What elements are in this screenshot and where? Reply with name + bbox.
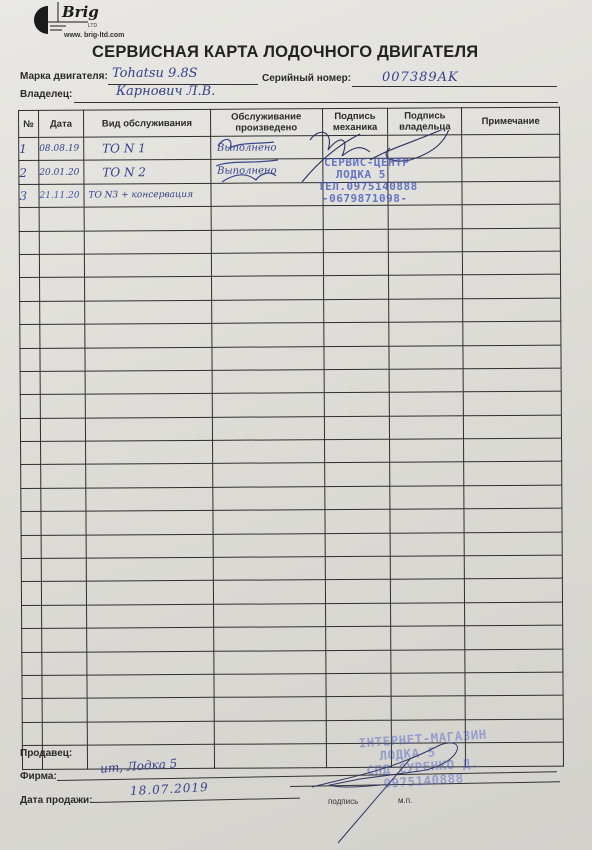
empty-cell bbox=[462, 228, 560, 252]
empty-cell bbox=[390, 462, 464, 486]
table-row bbox=[21, 508, 562, 535]
sale-date-value: 18.07.2019 bbox=[130, 780, 209, 798]
empty-cell bbox=[84, 253, 211, 277]
empty-cell bbox=[390, 486, 464, 510]
empty-cell bbox=[213, 533, 325, 557]
empty-cell bbox=[21, 582, 41, 606]
empty-cell bbox=[211, 253, 323, 277]
empty-cell bbox=[324, 393, 390, 417]
table-row bbox=[19, 204, 560, 231]
empty-cell bbox=[462, 204, 560, 228]
empty-cell bbox=[464, 415, 562, 439]
empty-cell bbox=[40, 301, 85, 325]
empty-cell bbox=[389, 228, 463, 252]
empty-cell bbox=[389, 369, 463, 393]
empty-cell bbox=[325, 580, 391, 604]
empty-cell bbox=[20, 324, 40, 348]
empty-cell bbox=[211, 299, 323, 323]
empty-cell bbox=[465, 602, 563, 626]
empty-cell bbox=[21, 558, 41, 582]
table-row bbox=[21, 555, 562, 582]
empty-cell bbox=[389, 252, 463, 276]
empty-cell bbox=[86, 581, 213, 605]
seller-signature bbox=[300, 735, 480, 845]
table-row bbox=[21, 462, 562, 489]
empty-cell bbox=[463, 321, 561, 345]
empty-cell bbox=[211, 276, 323, 300]
table-row bbox=[20, 415, 561, 442]
empty-cell bbox=[325, 533, 391, 557]
empty-cell bbox=[42, 698, 87, 722]
empty-cell bbox=[212, 463, 324, 487]
empty-cell bbox=[390, 415, 464, 439]
table-row bbox=[19, 251, 560, 278]
empty-cell bbox=[389, 275, 463, 299]
row-number: 3 bbox=[19, 184, 39, 208]
empty-cell bbox=[22, 605, 42, 629]
empty-cell bbox=[323, 205, 389, 229]
empty-cell bbox=[20, 348, 40, 372]
row-date: 20.01.20 bbox=[39, 160, 84, 184]
empty-cell bbox=[87, 628, 214, 652]
empty-cell bbox=[391, 626, 465, 650]
table-row bbox=[21, 485, 562, 512]
empty-cell bbox=[325, 556, 391, 580]
empty-cell bbox=[42, 722, 87, 746]
empty-cell bbox=[42, 628, 87, 652]
empty-cell bbox=[84, 206, 211, 230]
empty-cell bbox=[323, 299, 389, 323]
empty-cell bbox=[20, 395, 40, 419]
empty-cell bbox=[41, 488, 86, 512]
empty-cell bbox=[211, 229, 323, 253]
empty-cell bbox=[389, 322, 463, 346]
empty-cell bbox=[21, 488, 41, 512]
empty-cell bbox=[86, 464, 213, 488]
empty-cell bbox=[464, 555, 562, 579]
empty-cell bbox=[85, 370, 212, 394]
empty-cell bbox=[324, 369, 390, 393]
empty-cell bbox=[20, 371, 40, 395]
empty-cell bbox=[86, 557, 213, 581]
empty-cell bbox=[85, 417, 212, 441]
empty-cell bbox=[19, 231, 39, 255]
empty-cell bbox=[325, 603, 391, 627]
empty-cell bbox=[39, 231, 84, 255]
empty-cell bbox=[463, 298, 561, 322]
col-header-service-type: Вид обслуживания bbox=[83, 109, 210, 137]
empty-cell bbox=[41, 511, 86, 535]
empty-cell bbox=[214, 674, 326, 698]
empty-cell bbox=[40, 371, 85, 395]
row-number: 1 bbox=[19, 137, 39, 161]
empty-cell bbox=[212, 323, 324, 347]
row-note bbox=[462, 134, 560, 158]
serial-label: Серийный номер: bbox=[262, 73, 351, 84]
row-note bbox=[462, 181, 560, 205]
page-title: СЕРВИСНАЯ КАРТА ЛОДОЧНОГО ДВИГАТЕЛЯ bbox=[92, 43, 478, 62]
empty-cell bbox=[22, 675, 42, 699]
empty-cell bbox=[323, 346, 389, 370]
empty-cell bbox=[326, 697, 392, 721]
empty-cell bbox=[465, 579, 563, 603]
empty-cell bbox=[212, 416, 324, 440]
empty-cell bbox=[391, 556, 465, 580]
empty-cell bbox=[390, 439, 464, 463]
empty-cell bbox=[324, 439, 390, 463]
empty-cell bbox=[85, 394, 212, 418]
empty-cell bbox=[388, 205, 462, 229]
empty-cell bbox=[41, 582, 86, 606]
firm-label: Фирма: bbox=[20, 771, 57, 782]
empty-cell bbox=[214, 650, 326, 674]
empty-cell bbox=[391, 649, 465, 673]
empty-cell bbox=[465, 625, 563, 649]
empty-cell bbox=[211, 206, 323, 230]
empty-cell bbox=[87, 651, 214, 675]
row-note bbox=[462, 158, 560, 182]
table-row bbox=[22, 625, 563, 652]
empty-cell bbox=[87, 674, 214, 698]
table-row bbox=[22, 696, 563, 723]
col-header-number: № bbox=[19, 110, 39, 137]
empty-cell bbox=[212, 346, 324, 370]
empty-cell bbox=[84, 230, 211, 254]
empty-cell bbox=[86, 511, 213, 535]
table-row bbox=[20, 391, 561, 418]
col-header-date: Дата bbox=[38, 110, 83, 137]
empty-cell bbox=[391, 673, 465, 697]
empty-cell bbox=[465, 696, 563, 720]
empty-cell bbox=[40, 441, 85, 465]
row-service-type: ТО N 1 bbox=[84, 136, 211, 160]
seller-label: Продавец: bbox=[20, 748, 72, 759]
owner-label: Владелец: bbox=[20, 89, 72, 100]
serial-line bbox=[352, 86, 557, 87]
empty-cell bbox=[463, 251, 561, 275]
empty-cell bbox=[323, 322, 389, 346]
table-row bbox=[21, 438, 562, 465]
empty-cell bbox=[325, 673, 391, 697]
empty-cell bbox=[22, 629, 42, 653]
empty-cell bbox=[213, 486, 325, 510]
empty-cell bbox=[464, 462, 562, 486]
empty-cell bbox=[463, 391, 561, 415]
row-date: 08.08.19 bbox=[39, 137, 84, 161]
table-row bbox=[22, 649, 563, 676]
row-date: 21.11.20 bbox=[39, 184, 84, 208]
logo-url: www. brig-ltd.com bbox=[64, 32, 124, 39]
empty-cell bbox=[20, 301, 40, 325]
empty-cell bbox=[87, 698, 214, 722]
empty-cell bbox=[323, 276, 389, 300]
empty-cell bbox=[464, 438, 562, 462]
empty-cell bbox=[390, 392, 464, 416]
empty-cell bbox=[390, 532, 464, 556]
empty-cell bbox=[22, 652, 42, 676]
table-row bbox=[21, 532, 562, 559]
empty-cell bbox=[213, 627, 325, 651]
row-service-type: ТО N 2 bbox=[84, 160, 211, 184]
empty-cell bbox=[464, 508, 562, 532]
empty-cell bbox=[86, 534, 213, 558]
empty-cell bbox=[391, 579, 465, 603]
empty-cell bbox=[22, 722, 42, 746]
svg-text:LTD: LTD bbox=[88, 23, 97, 29]
serial-value: 007389AK bbox=[382, 70, 459, 85]
empty-cell bbox=[86, 487, 213, 511]
service-table: № Дата Вид обслуживания Обслуживание про… bbox=[18, 107, 564, 770]
col-header-note: Примечание bbox=[462, 107, 560, 135]
empty-cell bbox=[323, 229, 389, 253]
empty-cell bbox=[213, 557, 325, 581]
empty-cell bbox=[21, 512, 41, 536]
row-service-type: ТО N3 + консервация bbox=[84, 183, 211, 207]
empty-cell bbox=[465, 649, 563, 673]
empty-cell bbox=[324, 509, 390, 533]
empty-cell bbox=[40, 418, 85, 442]
empty-cell bbox=[85, 300, 212, 324]
empty-cell bbox=[85, 347, 212, 371]
empty-cell bbox=[214, 697, 326, 721]
service-stamp: СЕРВИС-ЦЕНТР ЛОДКА 5 ТЕЛ.0975140888 -067… bbox=[318, 157, 418, 205]
empty-cell bbox=[464, 485, 562, 509]
empty-cell bbox=[213, 580, 325, 604]
empty-cell bbox=[22, 699, 42, 723]
svg-text:Brig: Brig bbox=[61, 3, 99, 21]
empty-cell bbox=[86, 604, 213, 628]
table-row bbox=[20, 298, 561, 325]
sale-date-line bbox=[90, 798, 300, 803]
empty-cell bbox=[40, 394, 85, 418]
service-stamp-line4: -0679871098- bbox=[318, 193, 418, 205]
empty-cell bbox=[212, 440, 324, 464]
empty-cell bbox=[39, 277, 84, 301]
row-number: 2 bbox=[19, 161, 39, 185]
empty-cell bbox=[323, 252, 389, 276]
empty-cell bbox=[21, 441, 41, 465]
empty-cell bbox=[464, 532, 562, 556]
empty-cell bbox=[463, 368, 561, 392]
empty-cell bbox=[324, 463, 390, 487]
empty-cell bbox=[41, 605, 86, 629]
owner-value: Карнович Л.В. bbox=[116, 84, 215, 99]
empty-cell bbox=[212, 370, 324, 394]
empty-cell bbox=[325, 626, 391, 650]
empty-cell bbox=[325, 650, 391, 674]
table-row bbox=[19, 228, 560, 255]
empty-cell bbox=[324, 486, 390, 510]
empty-cell bbox=[21, 535, 41, 559]
table-row bbox=[20, 345, 561, 372]
empty-cell bbox=[42, 675, 87, 699]
sale-date-label: Дата продажи: bbox=[20, 795, 93, 806]
engine-brand-value: Tohatsu 9.8S bbox=[112, 66, 198, 81]
empty-cell bbox=[40, 348, 85, 372]
empty-cell bbox=[391, 696, 465, 720]
empty-cell bbox=[389, 299, 463, 323]
empty-cell bbox=[21, 465, 41, 489]
empty-cell bbox=[324, 416, 390, 440]
empty-cell bbox=[41, 465, 86, 489]
owner-line bbox=[74, 102, 558, 103]
empty-cell bbox=[213, 603, 325, 627]
empty-cell bbox=[87, 721, 214, 745]
table-row bbox=[20, 275, 561, 302]
table-row bbox=[22, 672, 563, 699]
empty-cell bbox=[41, 535, 86, 559]
table-row bbox=[21, 579, 562, 606]
empty-cell bbox=[463, 275, 561, 299]
engine-brand-label: Марка двигателя: bbox=[20, 71, 108, 82]
empty-cell bbox=[41, 558, 86, 582]
empty-cell bbox=[389, 345, 463, 369]
empty-cell bbox=[42, 652, 87, 676]
empty-cell bbox=[39, 207, 84, 231]
empty-cell bbox=[213, 510, 325, 534]
empty-cell bbox=[19, 254, 39, 278]
table-row bbox=[22, 602, 563, 629]
empty-cell bbox=[390, 509, 464, 533]
empty-cell bbox=[391, 603, 465, 627]
table-row bbox=[20, 368, 561, 395]
empty-cell bbox=[212, 393, 324, 417]
empty-cell bbox=[85, 440, 212, 464]
empty-cell bbox=[40, 324, 85, 348]
empty-cell bbox=[84, 277, 211, 301]
empty-cell bbox=[20, 278, 40, 302]
empty-cell bbox=[465, 672, 563, 696]
empty-cell bbox=[39, 254, 84, 278]
empty-cell bbox=[463, 345, 561, 369]
empty-cell bbox=[20, 418, 40, 442]
table-row bbox=[20, 321, 561, 348]
empty-cell bbox=[85, 323, 212, 347]
empty-cell bbox=[19, 208, 39, 232]
